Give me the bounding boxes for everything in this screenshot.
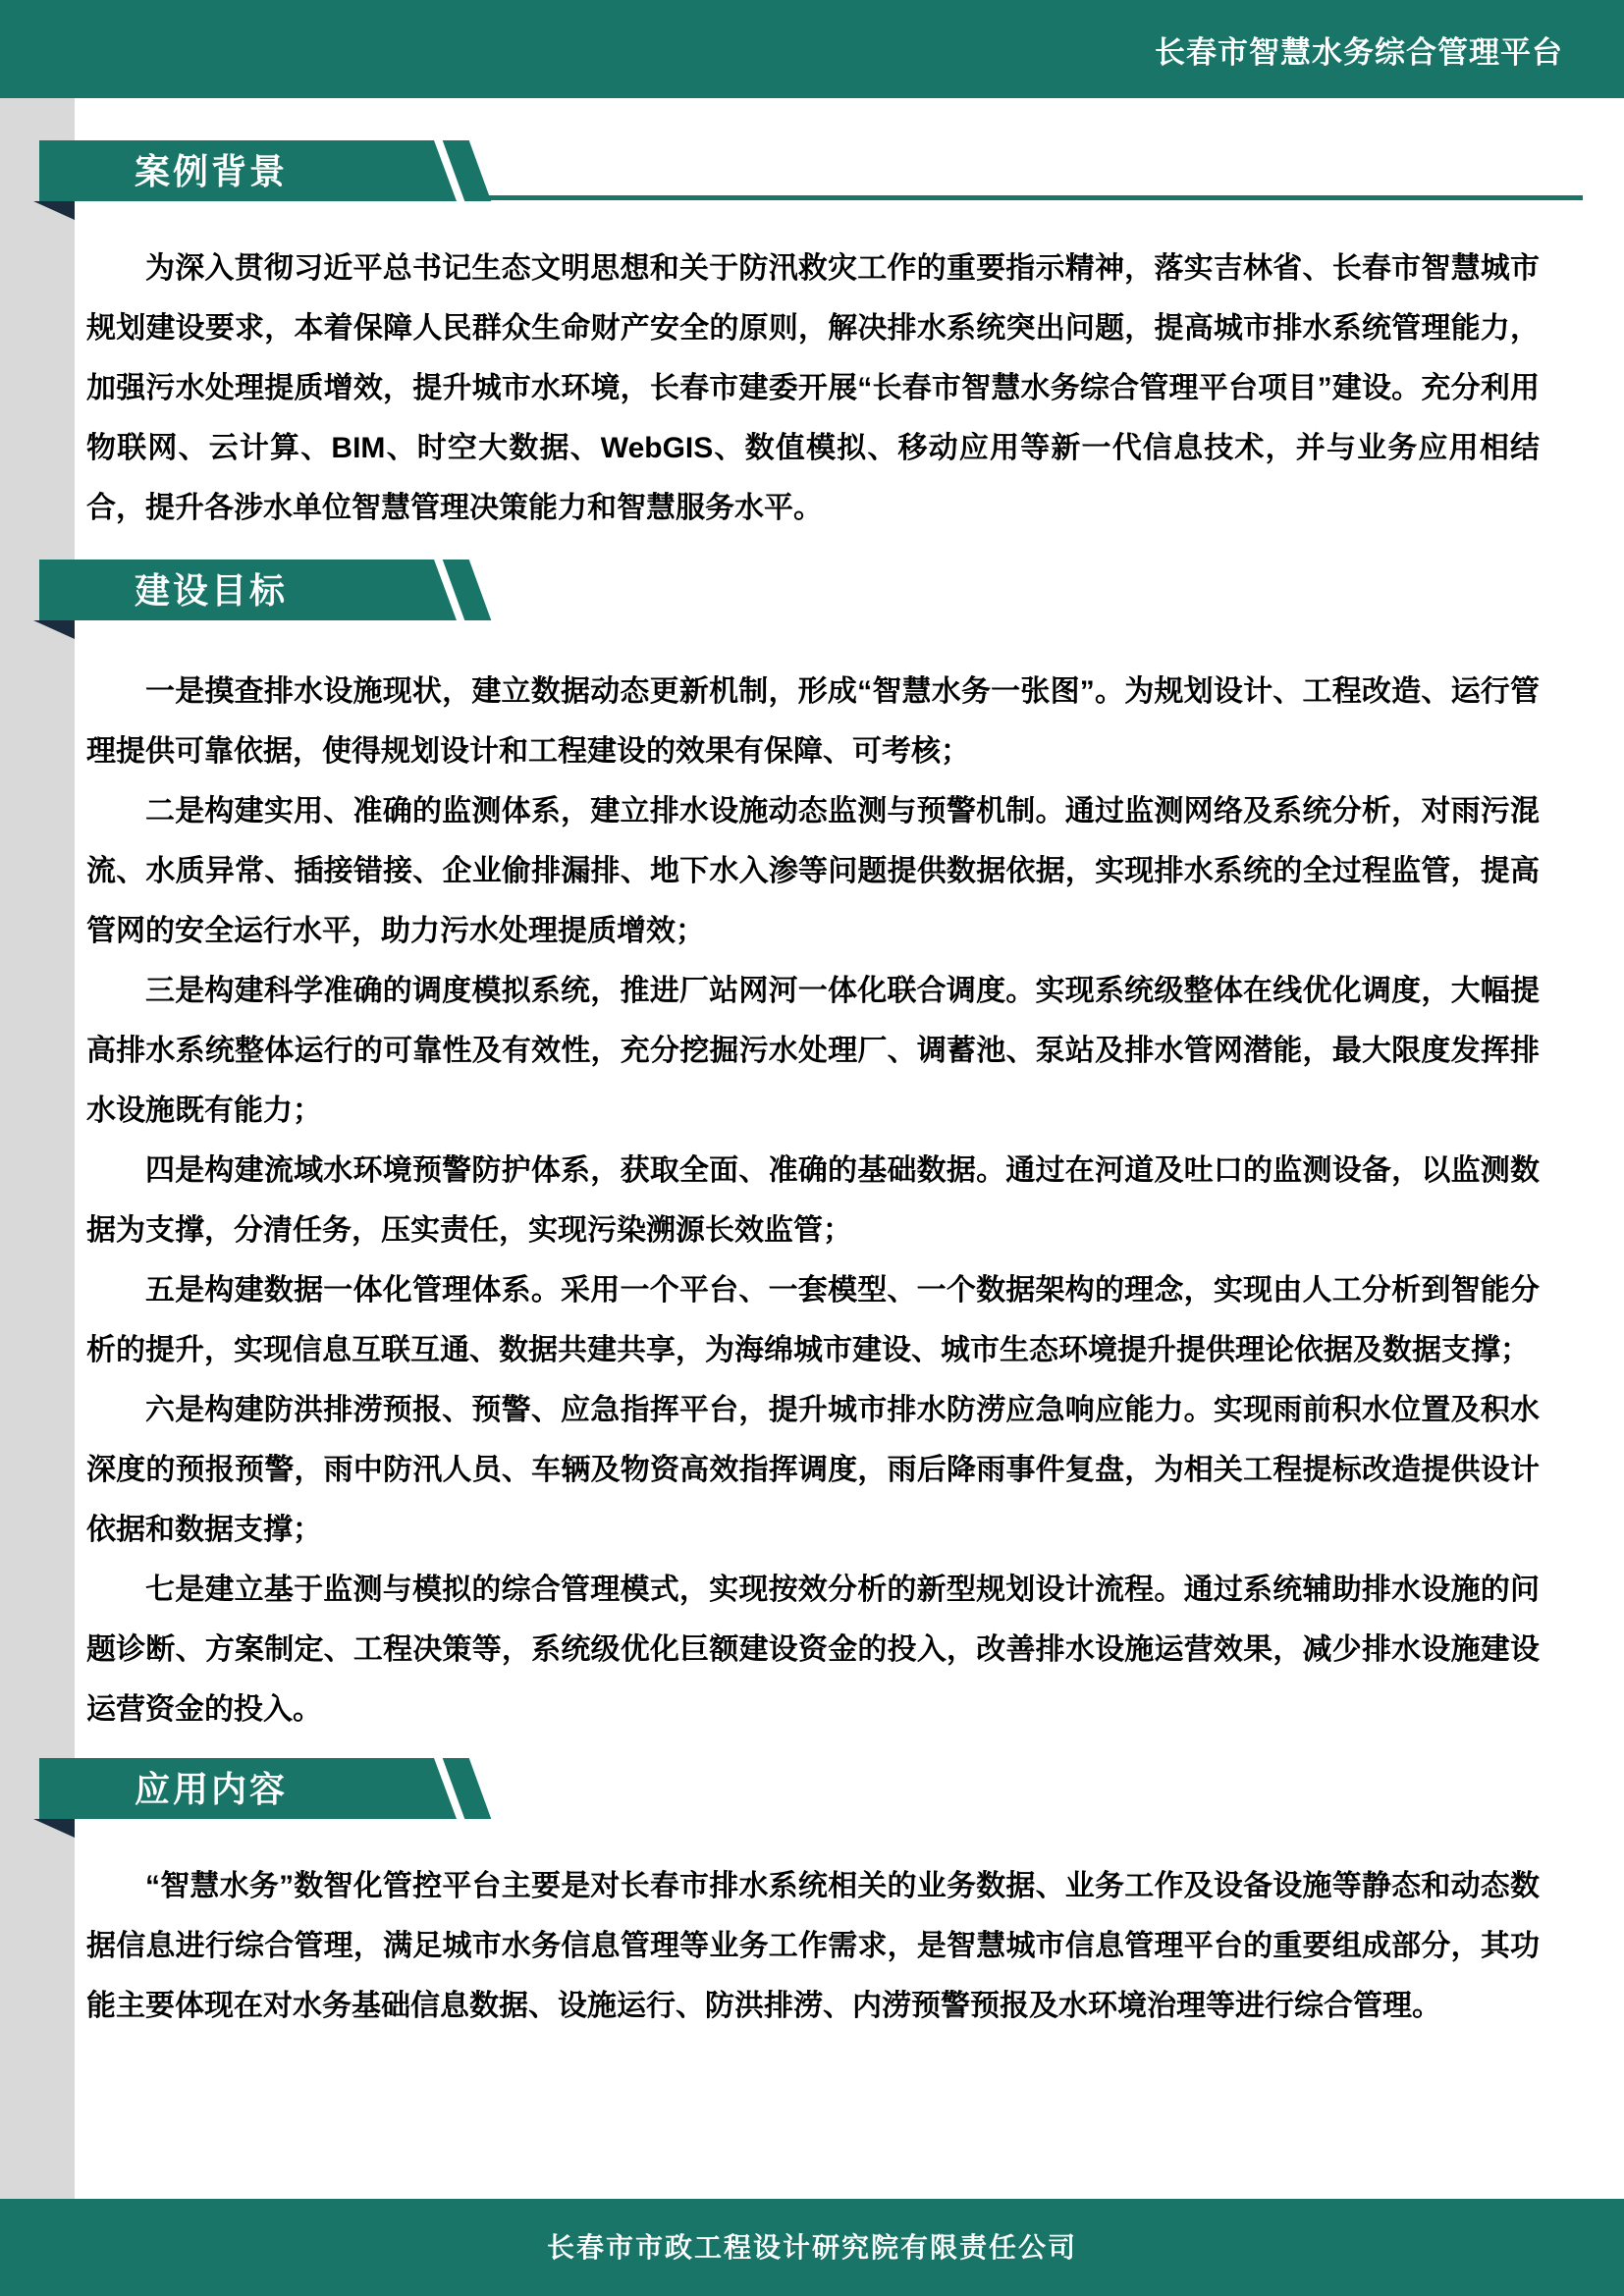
section-banner-case-background: 案例背景	[0, 140, 1624, 201]
ribbon-shape: 案例背景	[39, 140, 457, 201]
paragraph: 二是构建实用、准确的监测体系，建立排水设施动态监测与预警机制。通过监测网络及系统…	[86, 781, 1540, 961]
section-heading: 应用内容	[39, 1758, 457, 1821]
document-content: 案例背景 为深入贯彻习近平总书记生态文明思想和关于防汛救灾工作的重要指示精神，落…	[0, 98, 1624, 2036]
page-header-bar: 长春市智慧水务综合管理平台	[0, 0, 1624, 98]
document-page: 长春市智慧水务综合管理平台 案例背景 为深入贯彻习近平总书记生态文明思想和关于防…	[0, 0, 1624, 2296]
section-heading: 建设目标	[39, 560, 457, 622]
paragraph: 三是构建科学准确的调度模拟系统，推进厂站网河一体化联合调度。实现系统级整体在线优…	[86, 961, 1540, 1141]
paragraph: 一是摸查排水设施现状，建立数据动态更新机制，形成“智慧水务一张图”。为规划设计、…	[86, 662, 1540, 781]
page-footer-bar: 长春市市政工程设计研究院有限责任公司	[0, 2199, 1624, 2296]
paragraph: 七是建立基于监测与模拟的综合管理模式，实现按效分析的新型规划设计流程。通过系统辅…	[86, 1560, 1540, 1739]
paragraph: 六是构建防洪排涝预报、预警、应急指挥平台，提升城市排水防涝应急响应能力。实现雨前…	[86, 1380, 1540, 1560]
paragraph: “智慧水务”数智化管控平台主要是对长春市排水系统相关的业务数据、业务工作及设备设…	[86, 1856, 1540, 2036]
section-banner-construction-goals: 建设目标	[0, 560, 1624, 620]
platform-title: 长春市智慧水务综合管理平台	[1155, 0, 1563, 98]
paragraph: 四是构建流域水环境预警防护体系，获取全面、准确的基础数据。通过在河道及吐口的监测…	[86, 1141, 1540, 1260]
ribbon-fold-corner	[33, 201, 75, 220]
section-heading: 案例背景	[39, 140, 457, 203]
ribbon-fold-corner	[33, 1819, 75, 1838]
company-name: 长春市市政工程设计研究院有限责任公司	[0, 2199, 1624, 2296]
section-banner-application-content: 应用内容	[0, 1758, 1624, 1819]
paragraph: 五是构建数据一体化管理体系。采用一个平台、一套模型、一个数据架构的理念，实现由人…	[86, 1260, 1540, 1380]
ribbon-underline	[483, 195, 1583, 200]
ribbon-shape: 建设目标	[39, 560, 457, 620]
paragraph: 为深入贯彻习近平总书记生态文明思想和关于防汛救灾工作的重要指示精神，落实吉林省、…	[86, 239, 1540, 538]
ribbon-shape: 应用内容	[39, 1758, 457, 1819]
ribbon-fold-corner	[33, 620, 75, 639]
